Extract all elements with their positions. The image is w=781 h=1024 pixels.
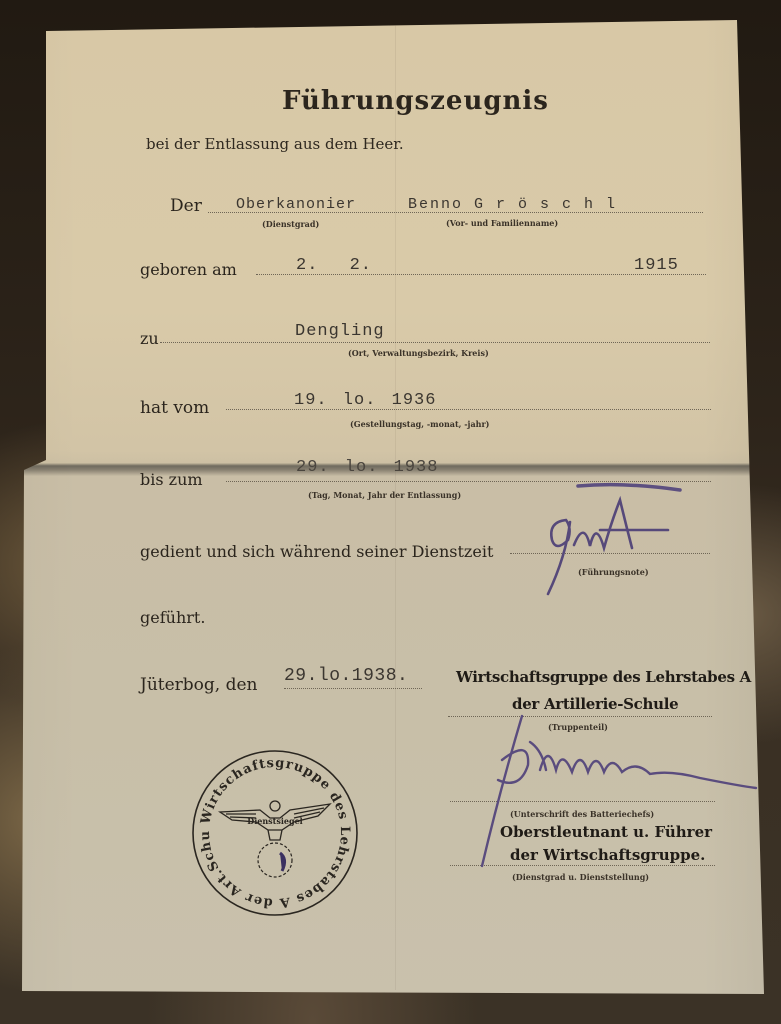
service-from-label: hat vom xyxy=(140,398,209,418)
place-date-line xyxy=(284,688,422,689)
name-value: Benno G r ö s c h l xyxy=(408,196,617,213)
signer-rank-line2: der Wirtschaftsgruppe. xyxy=(510,846,705,864)
seal-center-text: Dienstsiegel xyxy=(247,816,302,826)
document-title: Führungszeugnis xyxy=(282,86,549,116)
rank-prefix: Der xyxy=(170,196,202,216)
place-line xyxy=(160,342,710,343)
closing-text: geführt. xyxy=(140,608,205,627)
place-label: zu xyxy=(140,329,159,348)
service-to-line xyxy=(226,481,711,482)
official-seal: Wirtschaftsgruppe des Lehrstabes A der A… xyxy=(190,748,360,918)
unit-line xyxy=(448,716,712,717)
birth-label: geboren am xyxy=(140,260,237,279)
role-line xyxy=(450,865,715,866)
rank-caption: (Dienstgrad) xyxy=(262,219,319,229)
rank-value: Oberkanonier xyxy=(236,196,356,213)
birth-year: 1915 xyxy=(634,256,679,275)
conduct-label: gedient und sich während seiner Dienstze… xyxy=(140,542,493,561)
seal-ring-text: Wirtschaftsgruppe des Lehrstabes A der A… xyxy=(190,748,352,910)
signer-rank-line1: Oberstleutnant u. Führer xyxy=(500,823,712,841)
role-caption: (Dienstgrad u. Dienststellung) xyxy=(512,872,649,882)
birth-line xyxy=(256,274,706,275)
place-date-label: Jüterbog, den xyxy=(140,675,257,695)
document-subtitle: bei der Entlassung aus dem Heer. xyxy=(146,135,404,153)
signature-caption: (Unterschrift des Batteriechefs) xyxy=(510,809,654,819)
vertical-fold-line xyxy=(395,25,396,990)
service-to-label: bis zum xyxy=(140,470,203,489)
service-from-line xyxy=(226,409,711,410)
place-date-value: 29.lo.1938. xyxy=(284,666,408,686)
place-caption: (Ort, Verwaltungsbezirk, Kreis) xyxy=(348,348,489,358)
birth-day-month: 2. 2. xyxy=(296,256,372,275)
conduct-line xyxy=(510,553,710,554)
wreath-icon xyxy=(258,843,292,877)
unit-stamp-line2: der Artillerie-Schule xyxy=(512,695,678,713)
name-caption: (Vor- und Familienname) xyxy=(446,218,558,228)
service-from-caption: (Gestellungstag, -monat, -jahr) xyxy=(350,419,489,429)
document-paper xyxy=(0,0,781,1024)
rank-name-line xyxy=(208,212,703,213)
svg-text:Wirtschaftsgruppe des Lehrstab: Wirtschaftsgruppe des Lehrstabes A der A… xyxy=(190,748,352,910)
service-from-value: 19. lo. 1936 xyxy=(294,391,436,410)
conduct-caption: (Führungsnote) xyxy=(578,567,649,577)
service-to-value: 29. lo. 1938 xyxy=(296,458,438,477)
service-to-caption: (Tag, Monat, Jahr der Entlassung) xyxy=(308,490,461,500)
signature-line xyxy=(450,801,715,802)
place-value: Dengling xyxy=(295,322,385,341)
unit-caption: (Truppenteil) xyxy=(548,722,608,732)
unit-stamp-line1: Wirtschaftsgruppe des Lehrstabes A xyxy=(456,668,751,686)
